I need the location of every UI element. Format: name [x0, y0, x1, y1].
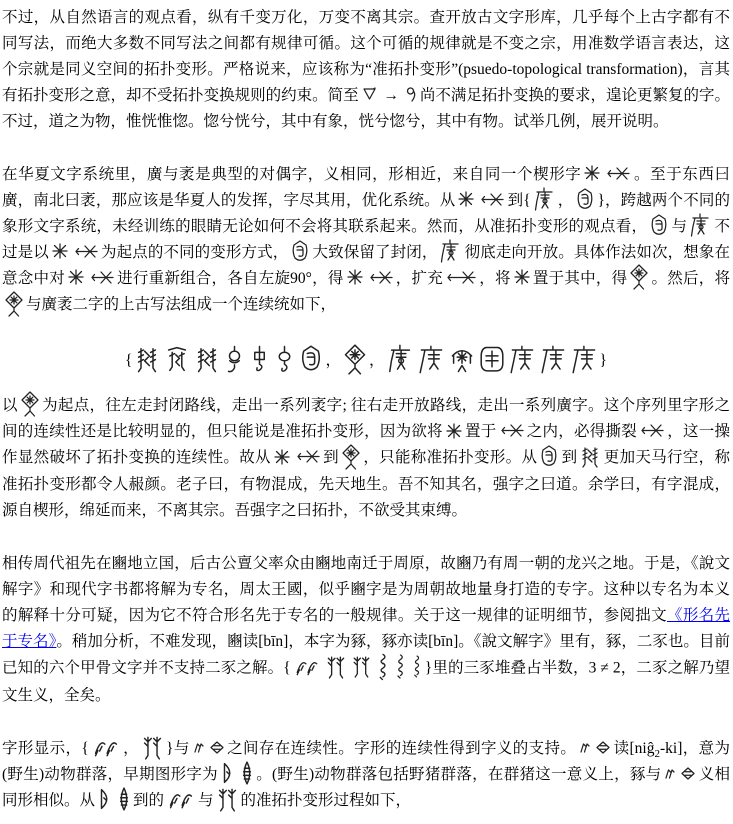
cont-c2-glyph — [165, 345, 189, 373]
oracle-pigs-b-glyph — [326, 655, 346, 679]
cun-star-glyph — [274, 449, 290, 465]
seal-guang-glyph — [388, 344, 413, 374]
cont-c1-glyph — [580, 445, 600, 468]
cun-xarrow-glyph — [500, 423, 524, 438]
cun-star-glyph — [68, 269, 84, 285]
cun-xarrow-glyph — [296, 449, 320, 464]
nig-small-glyph — [193, 741, 204, 754]
text-run: 到 — [561, 449, 577, 466]
text-run: 相传周代祖先在豳地立国，后古公亶父率众由豳地南迁于周原，故豳乃有周一朝的龙兴之地… — [2, 555, 730, 624]
paragraph-bin-etymology: 相传周代祖先在豳地立国，后古公亶父率众由豳地南迁于周原，故豳乃有周一朝的龙兴之地… — [2, 551, 730, 709]
seal-guang-glyph — [534, 187, 555, 212]
diamond-star-glyph — [5, 291, 23, 317]
oracle-pigs-b-glyph — [352, 655, 371, 678]
seal-guang-glyph — [440, 239, 461, 264]
text-run: 读[niĝ — [613, 740, 654, 757]
cun-xarrow-exp-glyph — [446, 270, 476, 285]
text-run: → — [380, 87, 403, 104]
cont-c6-glyph — [275, 345, 294, 374]
seal-you-glyph — [300, 345, 322, 373]
text-run: 之间存在连续性。字形的连续性得到字义的支持。 — [227, 740, 577, 757]
cont-rkai-glyph — [419, 345, 444, 374]
oracle-pigs-stack-glyph — [395, 654, 406, 679]
text-run: 进行重新组合，各自左旋90°，得 — [117, 270, 344, 287]
text-run: 字形显示，{ — [2, 740, 89, 757]
cun-xarrow-glyph — [369, 270, 393, 285]
text-run: 的准拓扑变形过程如下， — [241, 792, 412, 809]
ki-small-glyph — [210, 741, 224, 754]
cun-star-glyph — [347, 269, 363, 285]
text-run: ， — [123, 740, 139, 757]
sum-lens-glyph — [241, 761, 253, 785]
cont-c4-glyph — [225, 345, 244, 374]
seal-guang-glyph — [690, 213, 711, 238]
text-run: 到的 — [133, 792, 164, 809]
text-run: 。然后，将 — [651, 270, 730, 287]
oracle-pigs-a-glyph — [92, 736, 120, 758]
text-run: ， — [558, 192, 574, 209]
text-run: 置于 — [465, 423, 497, 440]
text-run: 大致保留了封闭， — [312, 244, 437, 261]
sum-lens-glyph — [118, 787, 130, 811]
oracle-pigs-stack-glyph — [377, 653, 389, 681]
cun-star-glyph — [584, 165, 600, 181]
diamond-star-glyph — [630, 264, 648, 290]
paragraph-nig-ki-continuity: 字形显示，{，}与之间存在连续性。字形的连续性得到字义的支持。读[niĝ2-ki… — [2, 736, 730, 814]
text-run: }与 — [166, 740, 190, 757]
cun-star-glyph — [514, 269, 530, 285]
cont-rkai-glyph — [510, 345, 535, 374]
paragraph-intro-topology: 不过，从自然语言的观点看，纵有千变万化，万变不离其宗。查开放古文字形库，几乎每个… — [2, 5, 730, 135]
diamond-star-glyph — [344, 344, 366, 375]
cont-rkai-glyph — [541, 345, 566, 374]
ki-small-glyph — [681, 767, 695, 780]
nig-small-glyph — [664, 767, 675, 780]
cont-r4-glyph — [480, 345, 504, 374]
oracle-pigs-a-glyph — [294, 656, 320, 677]
text-run: 与廣袤二字的上古写法组成一个连续统如下， — [26, 296, 336, 313]
sum-d-glyph — [98, 787, 112, 811]
text-run: ，扩充 — [396, 270, 443, 287]
text-run: ，将 — [479, 270, 511, 287]
text-run: 之内，必得撕裂 — [527, 423, 637, 440]
cun-star-glyph — [52, 243, 68, 259]
cun-xarrow-glyph — [74, 244, 98, 259]
sum-d-glyph — [221, 761, 235, 785]
text-run: 到 — [323, 449, 339, 466]
cont-rkai-glyph — [572, 345, 597, 374]
text-run: { — [125, 352, 132, 369]
text-run: 为起点的不同的变形方式， — [101, 244, 289, 261]
text-run: ， — [325, 352, 341, 369]
text-run: 到{ — [507, 192, 530, 209]
cont-r3-glyph — [450, 345, 474, 374]
document-body: 不过，从自然语言的观点看，纵有千变万化，万变不离其宗。查开放古文字形库，几乎每个… — [0, 0, 733, 824]
diamond-star-glyph — [342, 444, 360, 470]
cont-c5-glyph — [250, 345, 269, 374]
text-run: 。(野生)动物群落包括野猪群落，在群猪这一意义上，豩与 — [256, 766, 662, 783]
oracle-pigs-b-glyph — [142, 735, 163, 760]
oracle-pigs-a-glyph — [167, 788, 195, 810]
seal-you-glyph — [291, 240, 309, 263]
seal-you-glyph — [576, 188, 594, 211]
text-run: 以 — [2, 397, 18, 414]
cun-hook-glyph — [406, 86, 417, 103]
diamond-star-glyph — [21, 391, 39, 417]
text-run: 在华夏文字系统里，廣与袤是典型的对偶字，义相同，形相近，来自同一个楔形字 — [2, 166, 581, 183]
cun-xarrow-glyph — [90, 270, 114, 285]
text-run: 置于其中，得 — [533, 270, 628, 287]
cun-xarrow-glyph — [480, 192, 504, 207]
cun-star-glyph — [446, 423, 462, 439]
ki-small-glyph — [596, 741, 610, 754]
cont-c1-glyph — [195, 345, 219, 373]
oracle-pigs-stack-glyph — [412, 655, 422, 678]
oracle-pigs-b-glyph — [217, 787, 238, 812]
text-run: 与 — [198, 792, 214, 809]
text-run: ，只能称准拓扑变形。从 — [363, 449, 537, 466]
text-run: 与 — [671, 218, 687, 235]
cun-xarrow-glyph — [640, 423, 664, 438]
cun-star-glyph — [458, 191, 474, 207]
text-run: } — [600, 352, 607, 369]
cun-tri-down-glyph — [362, 87, 377, 101]
cun-xarrow-glyph — [606, 166, 630, 181]
seal-you-glyph — [650, 214, 668, 237]
paragraph-guang-mao: 在华夏文字系统里，廣与袤是典型的对偶字，义相同，形相近，来自同一个楔形字。至于东… — [2, 162, 730, 319]
nig-small-glyph — [579, 741, 590, 754]
cont-c1-glyph — [135, 345, 159, 373]
text-run: ， — [369, 352, 385, 369]
seal-you-glyph — [540, 445, 558, 468]
paragraph-continuum-row: {，，} — [2, 346, 730, 377]
paragraph-series-analysis: 以为起点，往左走封闭路线，走出一系列袤字; 往右走开放路线，走出一系列廣字。这个… — [2, 393, 730, 524]
